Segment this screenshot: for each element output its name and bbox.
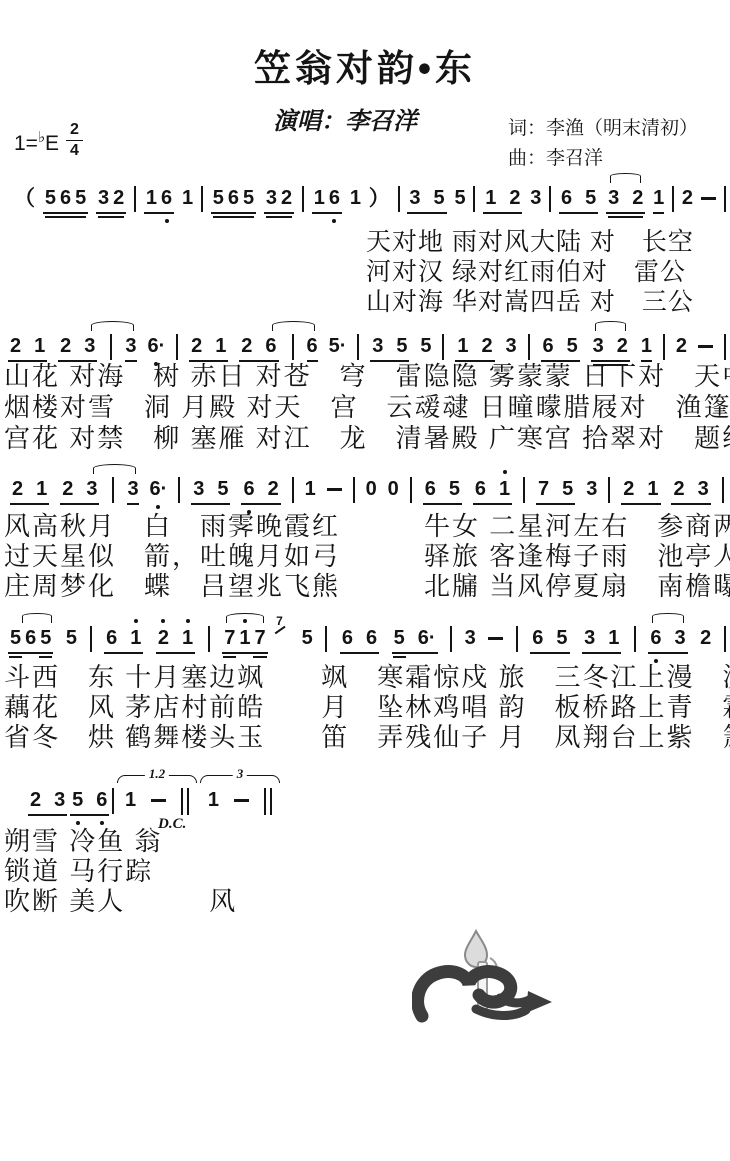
note: 3 xyxy=(98,186,109,210)
slur-group: 32 xyxy=(591,334,630,362)
beam-group: 565 xyxy=(211,186,256,214)
beam-group: 32 xyxy=(264,186,294,214)
barline xyxy=(722,477,724,503)
note: 1 xyxy=(350,186,361,210)
note: 5 xyxy=(449,477,460,501)
note: 2 xyxy=(62,477,73,501)
volta-bracket: 1.21 xyxy=(117,788,197,815)
music-line: 56556121717756656·36531632 xyxy=(8,626,726,654)
music-line: 212336·212665·355123653212 xyxy=(8,334,726,362)
note: 5 xyxy=(75,186,86,210)
beam-group: 35 xyxy=(191,477,230,505)
note: 6 xyxy=(25,626,36,650)
barline xyxy=(176,334,178,360)
barline xyxy=(663,334,665,360)
key-signature: 1=♭E 2 4 xyxy=(14,124,83,159)
beam-group: 26 xyxy=(239,334,278,362)
dash-note xyxy=(151,799,166,802)
note: 3 xyxy=(675,626,686,650)
note: 2 xyxy=(632,186,643,210)
note: 5· xyxy=(329,334,347,358)
note: 5 xyxy=(66,626,77,650)
beam-group: 31 xyxy=(582,626,621,654)
note: 6· xyxy=(418,626,436,650)
note: 6 xyxy=(650,626,661,650)
barline xyxy=(292,477,294,503)
note: 5 xyxy=(40,626,51,650)
note: 0 xyxy=(388,477,399,501)
note: 5 xyxy=(243,186,254,210)
note: 5 xyxy=(10,626,21,650)
volta-label: 3 xyxy=(233,767,248,780)
beam-group: 56 xyxy=(70,788,109,816)
barline xyxy=(292,334,294,360)
lyrics-row: 省冬 烘 鹤舞楼头玉 笛 弄残仙子 月 凤翔台上紫 箫 xyxy=(4,722,730,752)
note: 3 xyxy=(593,334,604,358)
note: 5 xyxy=(434,186,445,210)
beam-group: 32 xyxy=(591,334,630,362)
beam-group: 35 xyxy=(407,186,446,214)
barline xyxy=(549,186,551,212)
barline xyxy=(112,788,114,814)
music-line: 23561.2131 xyxy=(28,788,280,816)
slur-group: 565 xyxy=(8,626,53,654)
note: 3 xyxy=(506,334,517,358)
barline xyxy=(357,334,359,360)
octave-dot-above xyxy=(503,470,507,474)
final-barline xyxy=(181,788,189,815)
barline xyxy=(523,477,525,503)
note: 1 xyxy=(146,186,157,210)
note: 2 xyxy=(12,477,23,501)
note: 2 xyxy=(481,334,492,358)
note: 3 xyxy=(86,477,97,501)
note: 3 xyxy=(530,186,541,210)
note: 6 xyxy=(106,626,117,650)
beam-group: 62 xyxy=(241,477,280,505)
barline xyxy=(325,626,327,652)
note: 1 xyxy=(647,477,658,501)
note: 5 xyxy=(217,477,228,501)
octave-dot-below xyxy=(165,219,169,223)
barline xyxy=(450,626,452,652)
note: 2 xyxy=(617,334,628,358)
note: 1 xyxy=(182,186,193,210)
parenthesis: ） xyxy=(369,186,390,211)
note: 6 xyxy=(161,186,172,210)
beam-group: 23 xyxy=(671,477,710,505)
beam-group: 16 xyxy=(144,186,174,214)
note: 1 xyxy=(215,334,226,358)
beam-group: 61 xyxy=(104,626,143,654)
note: 5 xyxy=(454,186,465,210)
parenthesis: （ xyxy=(14,186,35,211)
dash-note xyxy=(701,197,716,200)
note: 7 xyxy=(538,477,549,501)
beam-group: 23 xyxy=(60,477,99,505)
lyrics-block: 风高秋月 白 雨霁晚霞红 牛女 二星河左右 参商两曜过天星似 箭，吐魄月如弓 驿… xyxy=(4,511,730,601)
lyrics-block: 斗西 东 十月塞边飒 飒 寒霜惊戍 旅 三冬江上漫 漫藕花 风 茅店村前皓 月 … xyxy=(4,662,730,752)
note: 3 xyxy=(193,477,204,501)
music-line: （5653216156532161）355123653212 xyxy=(14,186,726,214)
octave-dot-above xyxy=(243,619,247,623)
dash-note xyxy=(234,799,249,802)
beam-group: 21 xyxy=(156,626,195,654)
note: 5 xyxy=(45,186,56,210)
barline xyxy=(442,334,444,360)
beam-group: 65 xyxy=(541,334,580,362)
beam-group: 23 xyxy=(58,334,97,362)
note: 1 xyxy=(641,334,652,362)
note: 1 xyxy=(653,186,664,214)
note: 7 xyxy=(224,626,235,650)
lyrics-row: 庄周梦化 蝶 吕望兆飞熊 北牖 当风停夏扇 南檐曝日 xyxy=(4,571,730,601)
barline xyxy=(473,186,475,212)
octave-dot-below xyxy=(76,821,80,825)
note: 1 xyxy=(314,186,325,210)
note: 6 xyxy=(342,626,353,650)
beam-group: 565 xyxy=(43,186,88,214)
barline xyxy=(410,477,412,503)
barline xyxy=(634,626,636,652)
barline xyxy=(110,334,112,360)
note: 6 xyxy=(228,186,239,210)
barline xyxy=(134,186,136,212)
note: 1 xyxy=(130,626,141,650)
beam-group: 565 xyxy=(8,626,53,654)
lyrics-row: 风高秋月 白 雨霁晚霞红 牛女 二星河左右 参商两曜 xyxy=(4,511,730,541)
sheet-music-page: 笠翁对韵•东 演唱：李召洋 词：李渔（明末清初） 曲：李召洋 1=♭E 2 4 … xyxy=(0,0,730,1161)
note: 5 xyxy=(556,626,567,650)
slur-group: 717 xyxy=(222,626,267,654)
watermark-candle-heart-illustration xyxy=(412,928,562,1023)
barline xyxy=(208,626,210,652)
barline xyxy=(724,186,726,212)
lyrics-row: 吹断 美人 风 xyxy=(4,886,237,916)
lyrics-row: 朔雪 冷鱼 翁 xyxy=(4,826,237,856)
note: 6 xyxy=(366,626,377,650)
beam-group: 65 xyxy=(530,626,569,654)
lyrics-row: 过天星似 箭，吐魄月如弓 驿旅 客逢梅子雨 池亭人挹 xyxy=(4,541,730,571)
note: 3 xyxy=(84,334,95,358)
note: 3 xyxy=(409,186,420,210)
note: 2 xyxy=(682,186,693,210)
note: 2 xyxy=(623,477,634,501)
octave-dot-below xyxy=(100,821,104,825)
beam-group: 21 xyxy=(10,477,49,505)
note: 3 xyxy=(465,626,476,650)
beam-group: 32 xyxy=(606,186,645,214)
lyrics-row: 斗西 东 十月塞边飒 飒 寒霜惊戍 旅 三冬江上漫 漫 xyxy=(4,662,730,692)
beam-group: 21 xyxy=(621,477,660,505)
lyricist-credit: 词：李渔（明末清初） xyxy=(508,114,698,144)
note: 1 xyxy=(239,626,250,650)
note: 5 xyxy=(394,626,405,650)
barline xyxy=(302,186,304,212)
note: 5 xyxy=(213,186,224,210)
note: 6· xyxy=(150,477,168,501)
barline xyxy=(353,477,355,503)
beam-group: 75 xyxy=(536,477,575,505)
time-denominator: 4 xyxy=(70,141,79,159)
note: 2 xyxy=(673,477,684,501)
octave-dot-below xyxy=(332,219,336,223)
note: 5 xyxy=(420,334,431,358)
note: 2 xyxy=(676,334,687,358)
lyrics-row: 宫花 对禁 柳 塞雁 对江 龙 清暑殿 广寒宫 拾翠对 题红 xyxy=(4,423,730,454)
beam-group: 21 xyxy=(8,334,47,362)
note: 1 xyxy=(125,788,136,812)
beam-group: 63 xyxy=(648,626,687,654)
flat-icon: ♭ xyxy=(38,129,45,146)
dash-note xyxy=(698,345,713,348)
note: 1 xyxy=(208,788,219,812)
beam-group: 23 xyxy=(28,788,67,816)
beam-group: 16 xyxy=(312,186,342,214)
note: 1 xyxy=(457,334,468,358)
note: 2 xyxy=(158,626,169,650)
note: 6 xyxy=(96,788,107,812)
lyrics-row: 锁道 马行踪 xyxy=(4,856,237,886)
barline xyxy=(724,626,726,652)
lyrics-row: 烟楼对雪 洞 月殿 对天 宫 云叆叇 日曈曚腊屐对 渔篷 xyxy=(4,392,730,423)
barline xyxy=(724,334,726,360)
beam-group: 66 xyxy=(340,626,379,654)
note: 6 xyxy=(425,477,436,501)
lyrics-row: 河对汉 绿对红雨伯对 雷公 xyxy=(366,257,694,287)
note: 6· xyxy=(147,334,165,358)
note: 1 xyxy=(34,334,45,358)
note: 6 xyxy=(543,334,554,358)
note: 2 xyxy=(30,788,41,812)
note: 2 xyxy=(191,334,202,358)
music-line: 212336·356210065617532123 xyxy=(10,477,724,505)
note: 3 xyxy=(608,186,619,210)
barline xyxy=(528,334,530,360)
note: 3 xyxy=(372,334,383,358)
octave-dot-above xyxy=(161,619,165,623)
tie-group: 233 xyxy=(58,334,136,362)
lyrics-row: 藕花 风 茅店村前皓 月 坠林鸡唱 韵 板桥路上青 霜 xyxy=(4,692,730,722)
beam-group: 12 xyxy=(483,186,522,214)
lyrics-block: 天对地 雨对风大陆 对 长空河对汉 绿对红雨伯对 雷公山对海 华对嵩四岳 对 三… xyxy=(366,227,694,317)
note: 3 xyxy=(266,186,277,210)
note: 6 xyxy=(307,334,318,362)
note: 2 xyxy=(700,626,711,650)
dash-note xyxy=(327,488,342,491)
barline xyxy=(90,626,92,652)
note: 2 xyxy=(60,334,71,358)
note: 0 xyxy=(366,477,377,501)
beam-group: 717 xyxy=(222,626,267,654)
note: 5 xyxy=(396,334,407,358)
barline xyxy=(178,477,180,503)
tie-group: 233 xyxy=(60,477,138,505)
note: 6 xyxy=(243,477,254,501)
credits-block: 词：李渔（明末清初） 曲：李召洋 xyxy=(508,114,698,174)
barline xyxy=(516,626,518,652)
slur-group: 32 xyxy=(606,186,645,214)
note: 1 xyxy=(305,477,316,501)
lyrics-row: 山对海 华对嵩四岳 对 三公 xyxy=(366,287,694,317)
barline xyxy=(201,186,203,212)
note: 6 xyxy=(475,477,486,501)
lyrics-row: 山花 对海 树 赤日 对苍 穹 雷隐隐 雾蒙蒙 日下对 天中 xyxy=(4,361,730,392)
composer-credit: 曲：李召洋 xyxy=(508,144,698,174)
beam-group: 21 xyxy=(189,334,228,362)
note: 1 xyxy=(485,186,496,210)
lyrics-block: 朔雪 冷鱼 翁锁道 马行踪吹断 美人 风 xyxy=(4,826,237,916)
octave-dot-above xyxy=(134,619,138,623)
beam-group: 61 xyxy=(473,477,512,505)
barline xyxy=(112,477,114,503)
final-barline xyxy=(264,788,272,815)
note: 2 xyxy=(241,334,252,358)
volta-bracket: 31 xyxy=(200,788,280,815)
note: 2 xyxy=(281,186,292,210)
note: 6 xyxy=(532,626,543,650)
note: 1 xyxy=(499,477,510,501)
octave-dot-above xyxy=(186,619,190,623)
note: 2 xyxy=(268,477,279,501)
note: 5 xyxy=(72,788,83,812)
note: 6 xyxy=(60,186,71,210)
note: 5 xyxy=(585,186,596,210)
lyrics-row: 天对地 雨对风大陆 对 长空 xyxy=(366,227,694,257)
note: 5 xyxy=(562,477,573,501)
note: 6 xyxy=(329,186,340,210)
beam-group: 32 xyxy=(96,186,126,214)
note: 3 xyxy=(586,477,597,501)
note: 3 xyxy=(127,477,138,505)
note: 3 xyxy=(584,626,595,650)
note: 3 xyxy=(698,477,709,501)
note: 5 xyxy=(302,626,313,650)
beam-group: 65 xyxy=(423,477,462,505)
tie-group: 266 xyxy=(239,334,317,362)
barline xyxy=(672,186,674,212)
lyrics-block: 山花 对海 树 赤日 对苍 穹 雷隐隐 雾蒙蒙 日下对 天中烟楼对雪 洞 月殿 … xyxy=(4,361,730,454)
key-text: 1=♭E xyxy=(14,128,59,156)
barline xyxy=(398,186,400,212)
octave-dot-below xyxy=(156,505,160,509)
note: 1 xyxy=(36,477,47,501)
beam-group: 12 xyxy=(455,334,494,362)
note: 2 xyxy=(10,334,21,358)
time-signature: 2 4 xyxy=(66,122,83,159)
note: 5 xyxy=(567,334,578,358)
note: 7 xyxy=(254,626,265,650)
beam-group: 56· xyxy=(392,626,438,654)
beam-group: 35 xyxy=(370,334,409,362)
note: 6 xyxy=(265,334,276,358)
volta-label: 1.2 xyxy=(145,767,169,780)
note: 6 xyxy=(561,186,572,210)
barline xyxy=(608,477,610,503)
note: 3 xyxy=(54,788,65,812)
note: 2 xyxy=(113,186,124,210)
note: 1 xyxy=(608,626,619,650)
note: 2 xyxy=(509,186,520,210)
beam-group: 65 xyxy=(559,186,598,214)
note: 1 xyxy=(182,626,193,650)
time-numerator: 2 xyxy=(66,122,83,141)
song-title: 笠翁对韵•东 xyxy=(0,38,730,92)
dash-note xyxy=(488,637,503,640)
slur-group: 63 xyxy=(648,626,687,654)
grace-note: 7 xyxy=(276,615,289,633)
note: 3 xyxy=(125,334,136,362)
